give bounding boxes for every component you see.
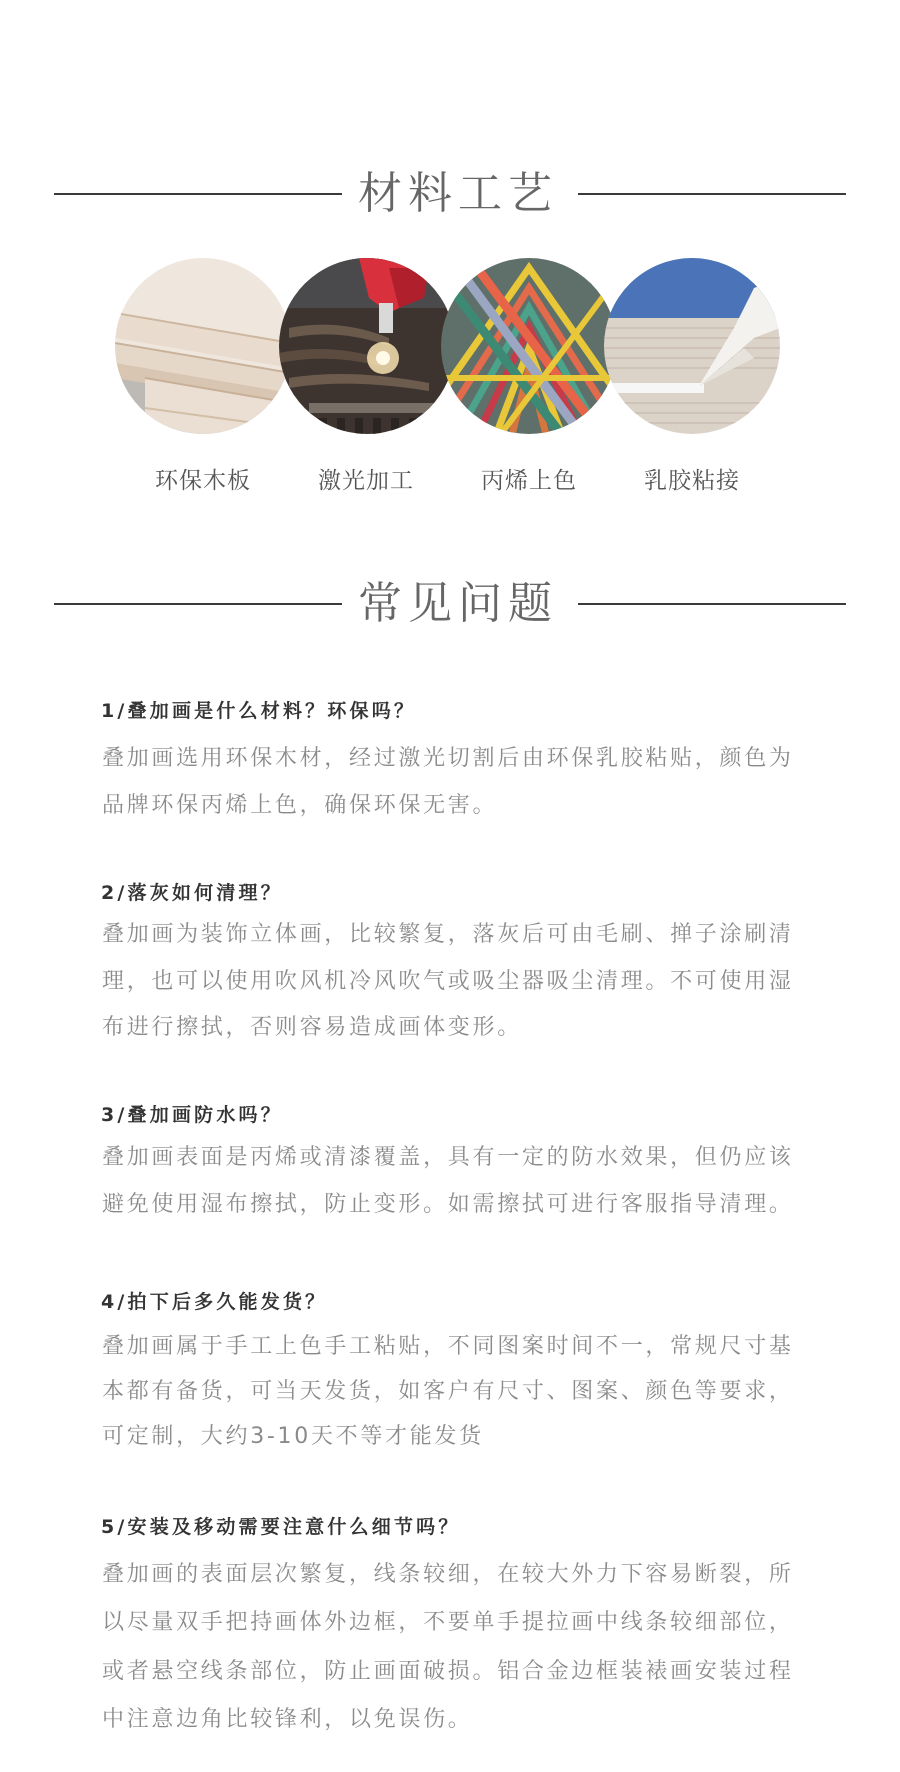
faq-answer-2-line-1: 叠加画为装饰立体画，比较繁复，落灰后可由毛刷、掸子涂刷清 [102,921,794,949]
process-label-laser: 激光加工 [286,462,446,495]
wood-boards-image [115,258,291,434]
faq-answer-4-line-2: 本都有备货，可当天发货，如客户有尺寸、图案、颜色等要求， [102,1378,794,1406]
faq-section-title: 常见问题 [350,574,566,634]
faq-answer-5-line-2: 以尽量双手把持画体外边框，不要单手提拉画中线条较细部位， [102,1609,794,1637]
latex-glue-image [604,258,780,434]
wood-boards-photo-icon [115,258,291,434]
faq-answer-4-line-3: 可定制，大约3-10天不等才能发货 [102,1423,484,1451]
process-label-wood: 环保木板 [123,462,283,495]
faq-answer-4-line-1: 叠加画属于手工上色手工粘贴，不同图案时间不一，常规尺寸基 [102,1333,794,1361]
divider-line-right [578,193,846,195]
process-label-latex: 乳胶粘接 [612,462,772,495]
divider-line-right [578,603,846,605]
divider-line-left [54,193,342,195]
laser-cutting-photo-icon [279,258,455,434]
faq-answer-3-line-1: 叠加画表面是丙烯或清漆覆盖，具有一定的防水效果，但仍应该 [102,1144,794,1172]
divider-line-left [54,603,342,605]
faq-answer-1-line-2: 品牌环保丙烯上色，确保环保无害。 [102,792,497,820]
acrylic-layers-photo-icon [441,258,617,434]
faq-answer-5-line-1: 叠加画的表面层次繁复，线条较细，在较大外力下容易断裂，所 [102,1561,794,1589]
faq-answer-1-line-1: 叠加画选用环保木材，经过激光切割后由环保乳胶粘贴，颜色为 [102,745,794,773]
faq-section-header: 常见问题 [0,574,900,634]
faq-question-2: 2/落灰如何清理？ [101,881,283,905]
materials-section-header: 材料工艺 [0,164,900,224]
faq-answer-2-line-2: 理，也可以使用吹风机冷风吹气或吸尘器吸尘清理。不可使用湿 [102,968,794,996]
faq-answer-2-line-3: 布进行擦拭，否则容易造成画体变形。 [102,1014,522,1042]
faq-question-5: 5/安装及移动需要注意什么细节吗？ [101,1515,461,1539]
laser-cutting-image [279,258,455,434]
faq-answer-3-line-2: 避免使用湿布擦拭，防止变形。如需擦拭可进行客服指导清理。 [102,1191,794,1219]
faq-question-3: 3/叠加画防水吗？ [101,1103,283,1127]
latex-glue-photo-icon [604,258,780,434]
faq-answer-5-line-3: 或者悬空线条部位，防止画面破损。铝合金边框装裱画安装过程 [102,1658,794,1686]
process-label-acrylic: 丙烯上色 [449,462,609,495]
materials-section-title: 材料工艺 [350,164,566,224]
faq-answer-5-line-4: 中注意边角比较锋利，以免误伤。 [102,1706,473,1734]
acrylic-colors-image [441,258,617,434]
faq-question-1: 1/叠加画是什么材料？环保吗？ [101,699,416,723]
faq-question-4: 4/拍下后多久能发货？ [101,1290,327,1314]
